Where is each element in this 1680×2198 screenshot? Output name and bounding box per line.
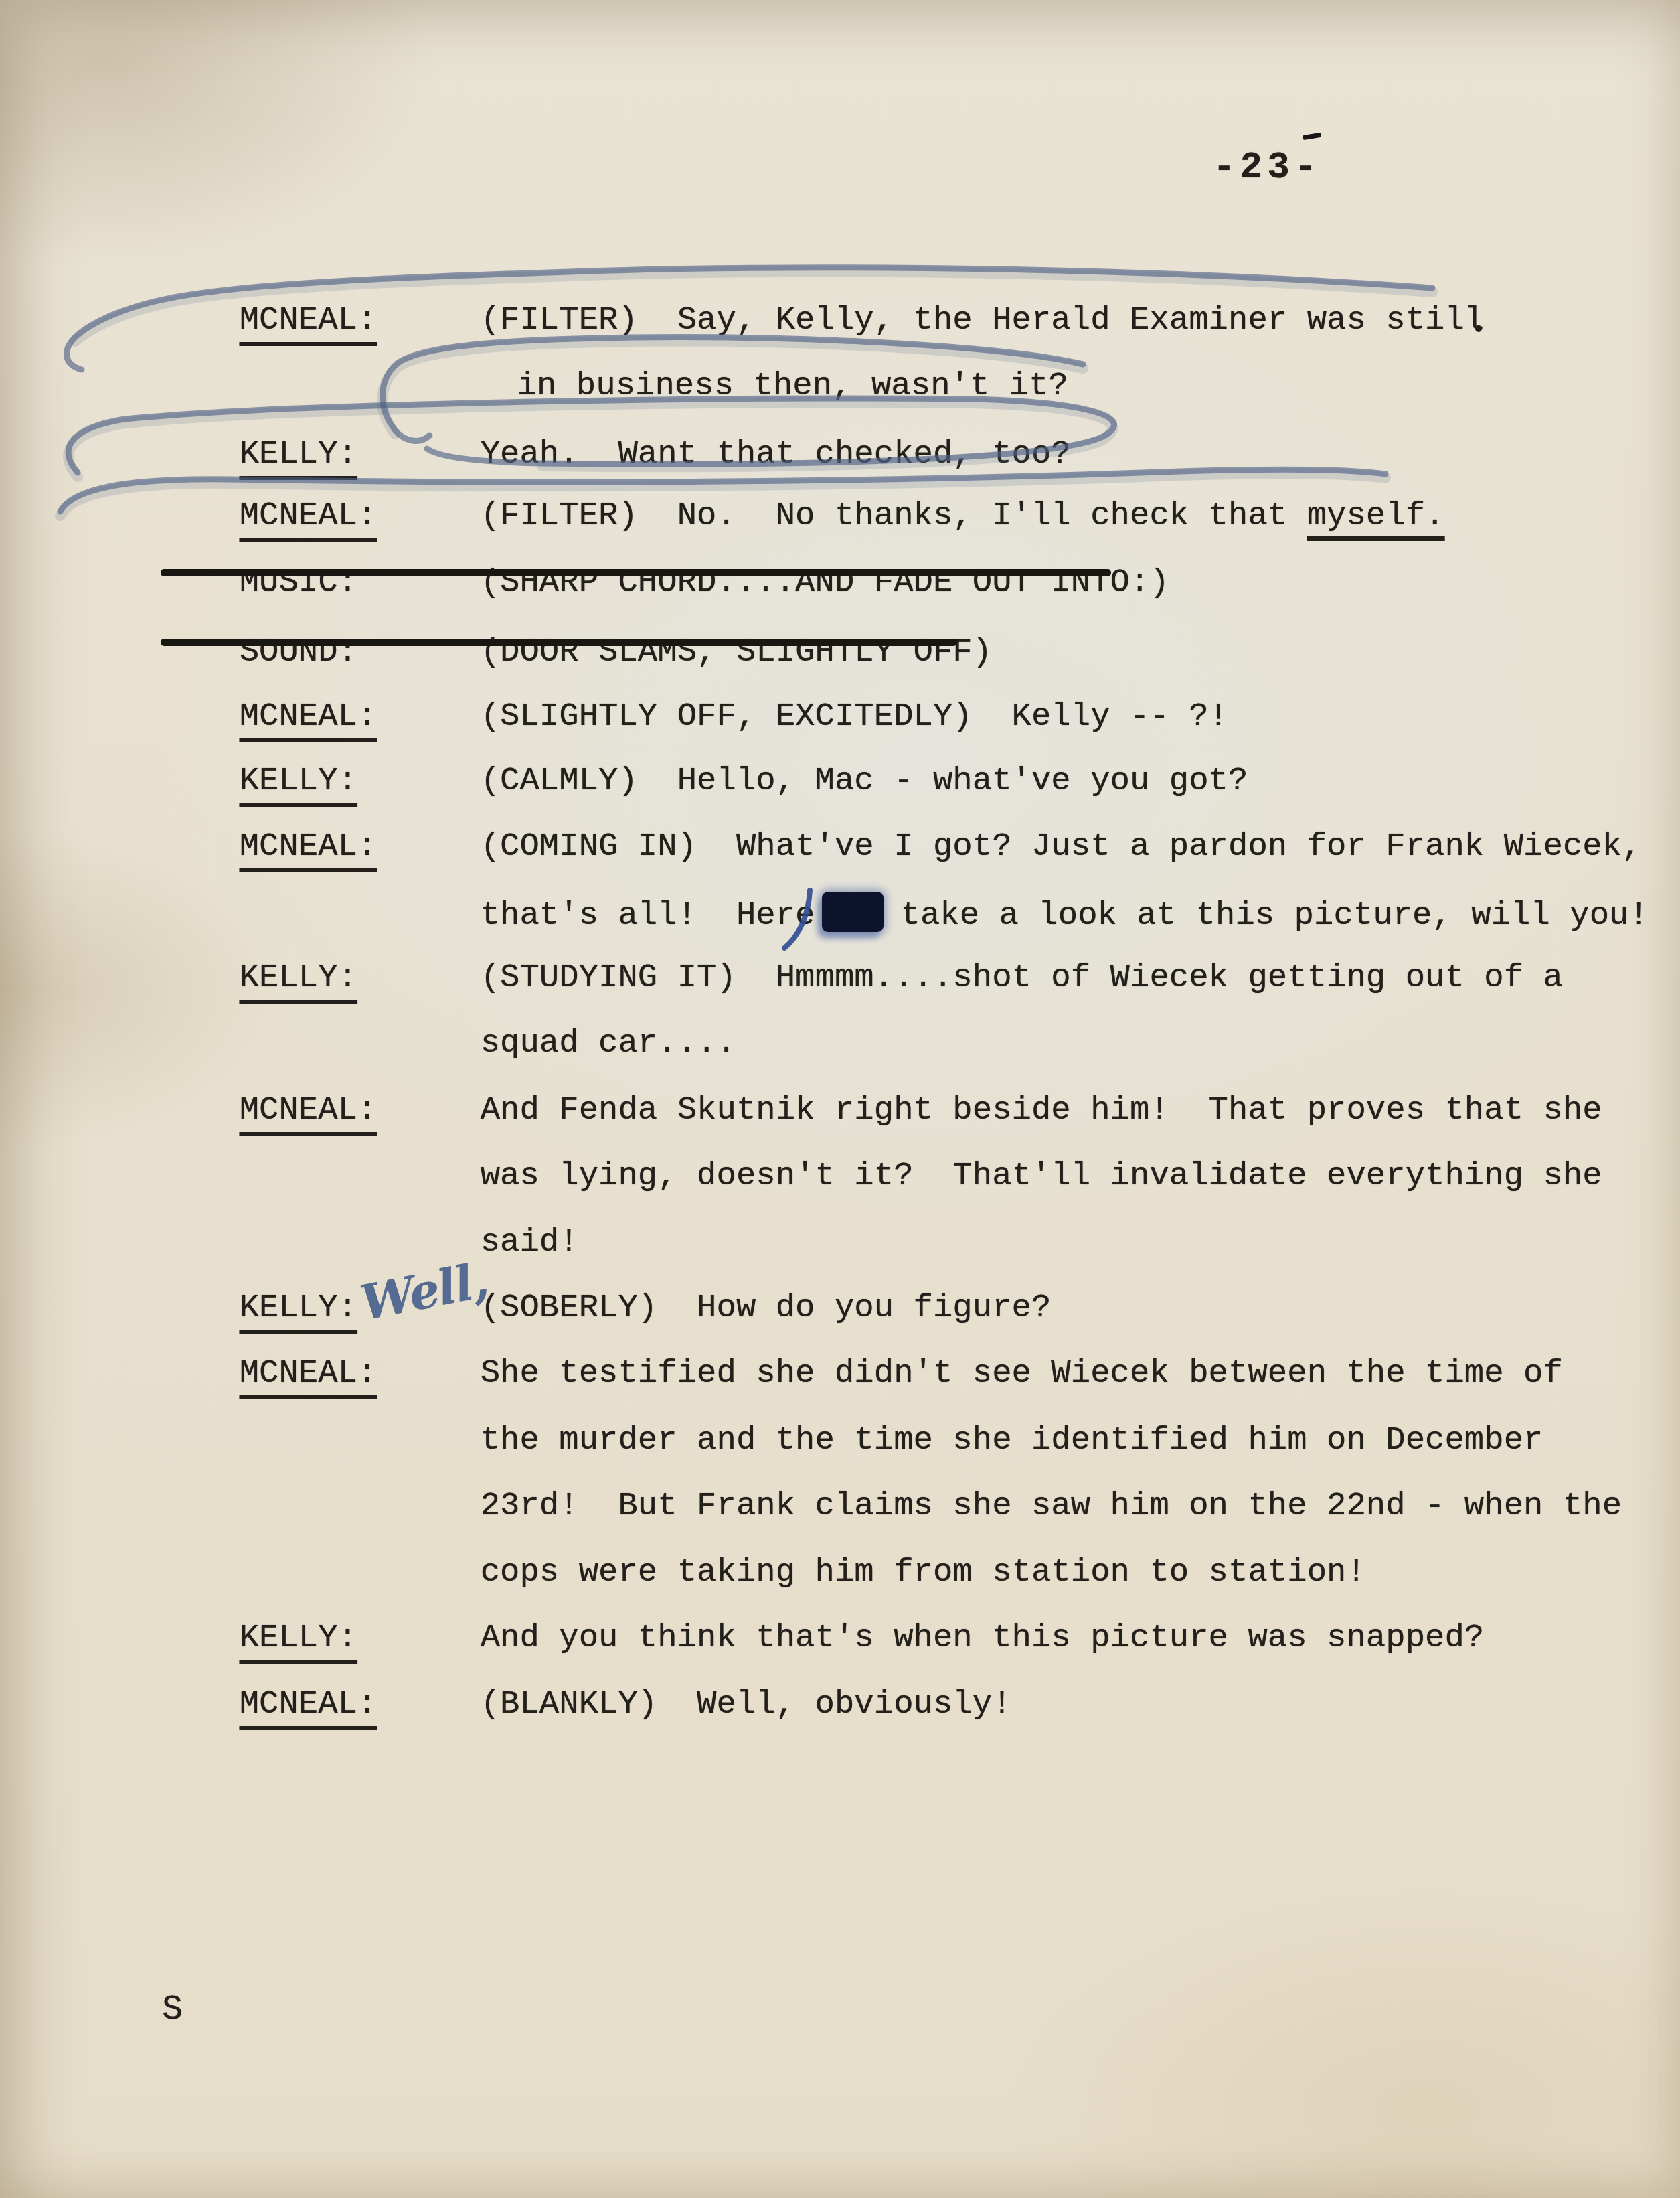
script-line: said! (161, 1182, 579, 1230)
script-line: cops were taking him from station to sta… (161, 1512, 1366, 1560)
script-line: the murder and the time she identified h… (161, 1380, 1543, 1428)
cue-underline (161, 639, 957, 646)
script-page: -23- MCNEAL:(FILTER) Say, Kelly, the Her… (0, 0, 1680, 2198)
page-number: -23- (1213, 146, 1321, 189)
script-line: MCNEAL:(SLIGHTLY OFF, EXCITEDLY) Kelly -… (161, 656, 1228, 704)
dialogue-text: was lying, doesn't it? That'll invalidat… (481, 1157, 1602, 1194)
script-line: KELLY:(SOBERLY) How do you figure? (161, 1247, 1051, 1296)
script-line: MCNEAL:And Fenda Skutnik right beside hi… (161, 1050, 1602, 1098)
script-line: MCNEAL:(FILTER) No. No thanks, I'll chec… (161, 455, 1444, 503)
script-line: KELLY:(CALMLY) Hello, Mac - what've you … (161, 720, 1248, 769)
script-line-sound-cue: SOUND:(DOOR SLAMS, SLIGHTLY OFF) (161, 592, 992, 640)
underlined-word: myself. (1307, 497, 1445, 534)
script-line: was lying, doesn't it? That'll invalidat… (161, 1115, 1602, 1164)
stray-pen-dash (1303, 133, 1322, 140)
script-line: KELLY:(STUDYING IT) Hmmmm....shot of Wie… (161, 917, 1563, 965)
script-line: MCNEAL:(BLANKLY) Well, obviously! (161, 1644, 1012, 1692)
cue-underline (161, 569, 1111, 576)
footer-mark: S (162, 1990, 183, 2029)
script-line: 23rd! But Frank claims she saw him on th… (161, 1445, 1622, 1494)
script-line-music-cue: MUSIC:(SHARP CHORD....AND FADE OUT INTO:… (161, 522, 1169, 570)
script-line: MCNEAL:(COMING IN) What've I got? Just a… (161, 786, 1642, 834)
script-line: that's all! Heretake a look at this pict… (161, 852, 1649, 900)
speaker-label: MCNEAL: (240, 1684, 481, 1724)
script-line: in business then, wasn't it? (161, 325, 1068, 374)
dialogue-text: (BLANKLY) Well, obviously! (481, 1685, 1012, 1723)
script-line: MCNEAL:(FILTER) Say, Kelly, the Herald E… (161, 260, 1484, 308)
script-line: KELLY:And you think that's when this pic… (161, 1577, 1484, 1626)
script-line: squad car.... (161, 983, 736, 1031)
script-line: KELLY:Yeah. Want that checked, too? (161, 394, 1071, 442)
